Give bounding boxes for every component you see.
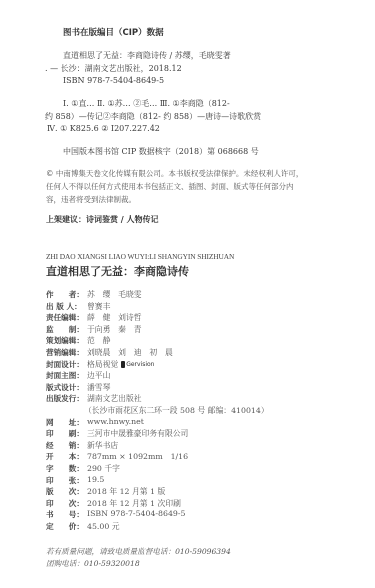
cip-verification: 中国版本图书馆 CIP 数据核字（2018）第 068668 号 bbox=[63, 146, 259, 157]
credit-value: ISBN 978-7-5404-8649-5 bbox=[87, 509, 185, 520]
cip-isbn: ISBN 978-7-5404-8649-5 bbox=[63, 76, 164, 85]
credit-row: 出 版 人：曾赛丰 bbox=[46, 301, 110, 312]
book-title: 直道相思了无益：李商隐诗传 bbox=[46, 263, 189, 279]
credit-label: 版 次： bbox=[46, 486, 87, 497]
credit-row: 监 制：于向勇 秦 青 bbox=[46, 324, 142, 335]
credit-value: 苏 缨 毛晓雯 bbox=[87, 289, 142, 300]
credit-row: 营销编辑：刘晓晨 刘 迪 初 晨 bbox=[46, 347, 173, 358]
cip-line-1: 直道相思了无益：李商隐诗传 / 苏缨，毛晓雯著 bbox=[63, 50, 231, 61]
credit-row: 作 者：苏 缨 毛晓雯 bbox=[46, 289, 142, 300]
credit-row: 经 销：新华书店 bbox=[46, 440, 118, 451]
credit-value: 787mm × 1092mm 1/16 bbox=[87, 451, 188, 462]
credit-value: 潘雪琴 bbox=[87, 382, 110, 393]
credit-label: 印 张： bbox=[46, 475, 87, 486]
credit-value: 刘晓晨 刘 迪 初 晨 bbox=[87, 347, 173, 358]
credit-value: 格局视觉 bbox=[87, 359, 118, 370]
credit-row: （长沙市雨花区东二环一段 508 号 邮编：410014） bbox=[46, 405, 269, 416]
gervision-logo-text: Gervision bbox=[126, 361, 154, 368]
credit-label: 责任编辑： bbox=[46, 312, 87, 323]
copyright-line-1: © 中南博集天卷文化传媒有限公司。本书版权受法律保护。未经权利人许可， bbox=[46, 168, 303, 179]
credit-value: 于向勇 秦 青 bbox=[87, 324, 142, 335]
credit-value: 新华书店 bbox=[87, 440, 118, 451]
credit-label: 经 销： bbox=[46, 440, 87, 451]
credit-label: 网 址： bbox=[46, 417, 87, 428]
credit-label: 营销编辑： bbox=[46, 347, 87, 358]
credit-label: 策划编辑： bbox=[46, 335, 87, 346]
credit-row: 封面主图：边平山 bbox=[46, 370, 110, 381]
credit-value: 290 千字 bbox=[87, 463, 120, 474]
gervision-logo: Gervision bbox=[121, 359, 154, 370]
gervision-logo-icon bbox=[121, 361, 125, 368]
credit-label: 印 次： bbox=[46, 498, 87, 509]
credit-label: 版式设计： bbox=[46, 382, 87, 393]
credit-label: 监 制： bbox=[46, 324, 87, 335]
credit-row: 印 张：19.5 bbox=[46, 475, 104, 486]
credit-label: 封面主图： bbox=[46, 370, 87, 381]
credit-label: 开 本： bbox=[46, 451, 87, 462]
credit-value: www.hnwy.net bbox=[87, 417, 144, 428]
credit-value: （长沙市雨花区东二环一段 508 号 邮编：410014） bbox=[84, 405, 269, 416]
credit-value: 边平山 bbox=[87, 370, 110, 381]
credit-value: 薛 健 刘诗哲 bbox=[87, 312, 142, 323]
credit-label bbox=[46, 405, 87, 416]
credit-label: 封面设计： bbox=[46, 359, 87, 370]
credit-row: 印 刷：三河市中晟雅豪印务有限公司 bbox=[46, 428, 188, 439]
credit-row: 责任编辑：薛 健 刘诗哲 bbox=[46, 312, 142, 323]
group-purchase-phone: 团购电话：010-59320018 bbox=[46, 558, 140, 569]
copyright-line-3: 容，违者将受到法律制裁。 bbox=[46, 194, 136, 205]
credit-value: 2018 年 12 月第 1 次印刷 bbox=[87, 498, 181, 509]
pinyin-title: ZHI DAO XIANGSI LIAO WUYI:LI SHANGYIN SH… bbox=[46, 252, 234, 261]
cip-class-line-2: 约 858）—传记②李商隐（812- 约 858）—唐诗—诗歌欣赏 bbox=[45, 111, 261, 122]
credit-label: 书 号： bbox=[46, 509, 87, 520]
credit-row: 开 本：787mm × 1092mm 1/16 bbox=[46, 451, 188, 462]
credit-label: 字 数： bbox=[46, 463, 87, 474]
credit-label: 作 者： bbox=[46, 289, 87, 300]
credit-value: 三河市中晟雅豪印务有限公司 bbox=[87, 428, 188, 439]
credit-row: 版式设计：潘雪琴 bbox=[46, 382, 110, 393]
credit-row: 封面设计：格局视觉Gervision bbox=[46, 359, 154, 370]
credit-row: 字 数：290 千字 bbox=[46, 463, 120, 474]
shelving-suggestion: 上架建议：诗词鉴赏 / 人物传记 bbox=[46, 214, 159, 225]
credit-value: 湖南文艺出版社 bbox=[87, 393, 142, 404]
credit-value: 45.00 元 bbox=[87, 521, 120, 532]
copyright-line-2: 任何人不得以任何方式使用本书包括正文、插图、封面、版式等任何部分内 bbox=[46, 181, 294, 192]
credit-row: 策划编辑：范 静 bbox=[46, 335, 110, 346]
credit-value: 曾赛丰 bbox=[87, 301, 110, 312]
credit-value: 19.5 bbox=[87, 475, 104, 486]
credit-row: 书 号：ISBN 978-7-5404-8649-5 bbox=[46, 509, 185, 520]
credit-row: 网 址：www.hnwy.net bbox=[46, 417, 144, 428]
credit-row: 定 价：45.00 元 bbox=[46, 521, 120, 532]
credit-label: 出版发行： bbox=[46, 393, 87, 404]
credit-label: 定 价： bbox=[46, 521, 87, 532]
cip-class-line-3: Ⅳ. ① K825.6 ② I207.227.42 bbox=[47, 124, 160, 133]
cip-heading: 图书在版编目（CIP）数据 bbox=[63, 26, 164, 38]
cip-class-line-1: Ⅰ. ①直… Ⅱ. ①苏… ②毛… Ⅲ. ①李商隐（812- bbox=[63, 98, 230, 109]
credit-label: 印 刷： bbox=[46, 428, 87, 439]
quality-hotline: 若有质量问题，请致电质量监督电话：010-59096394 bbox=[46, 546, 231, 557]
cip-line-2: . — 长沙：湖南文艺出版社，2018.12 bbox=[45, 63, 182, 74]
credit-label: 出 版 人： bbox=[46, 301, 87, 312]
credit-value: 范 静 bbox=[87, 335, 110, 346]
credit-row: 出版发行：湖南文艺出版社 bbox=[46, 393, 142, 404]
credit-row: 印 次：2018 年 12 月第 1 次印刷 bbox=[46, 498, 181, 509]
credit-value: 2018 年 12 月第 1 版 bbox=[87, 486, 165, 497]
credit-row: 版 次：2018 年 12 月第 1 版 bbox=[46, 486, 165, 497]
